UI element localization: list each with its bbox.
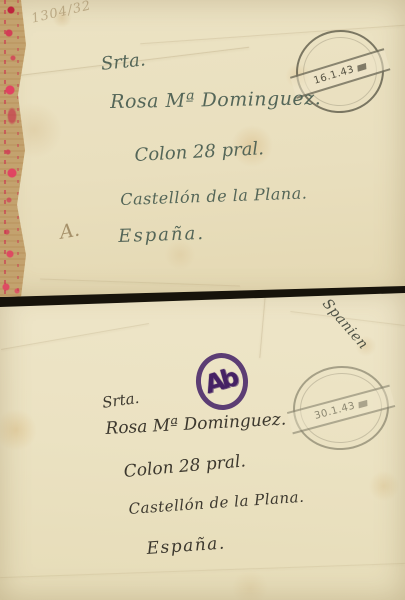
address-street: Colon 28 pral. bbox=[123, 451, 247, 482]
route-note-spanien: Spanien bbox=[319, 296, 371, 353]
postmark-date-banner: 30.1.43 bbox=[287, 385, 395, 435]
censor-tape bbox=[0, 0, 27, 297]
pencil-registry-note: 1304/32 bbox=[30, 0, 93, 27]
address-name: Rosa Mª Dominguez. bbox=[105, 410, 287, 439]
postmark-smudge bbox=[359, 399, 368, 407]
address-salutation: Srta. bbox=[101, 389, 140, 412]
postmark-date: 30.1.43 bbox=[313, 400, 356, 421]
crease-line bbox=[259, 296, 265, 358]
address-country: España. bbox=[118, 223, 205, 247]
bottom-envelope: Spanien Ab 30.1.43 Srta. Rosa Mª Domingu… bbox=[0, 288, 405, 600]
postmark-smudge bbox=[357, 62, 366, 71]
crease-line bbox=[40, 279, 240, 287]
censor-mark-circle: Ab bbox=[193, 350, 251, 412]
postmark-bottom-circle: 30.1.43 bbox=[290, 363, 392, 453]
address-city: Castellón de la Plana. bbox=[120, 183, 308, 209]
address-salutation: Srta. bbox=[100, 49, 147, 75]
censor-letters: Ab bbox=[202, 363, 240, 399]
photo-of-two-envelopes: 1304/32 16.1.43 Srta. Rosa Mª Dominguez.… bbox=[0, 0, 405, 600]
top-envelope: 1304/32 16.1.43 Srta. Rosa Mª Dominguez.… bbox=[0, 0, 405, 300]
address-name: Rosa Mª Dominguez. bbox=[110, 87, 321, 113]
postmark-date: 16.1.43 bbox=[312, 64, 355, 87]
crease-line bbox=[0, 563, 405, 578]
address-country: España. bbox=[146, 533, 226, 558]
address-street: Colon 28 pral. bbox=[134, 138, 264, 166]
address-city: Castellón de la Plana. bbox=[128, 488, 305, 518]
pencil-initial: A. bbox=[58, 219, 81, 244]
crease-line bbox=[1, 323, 149, 350]
